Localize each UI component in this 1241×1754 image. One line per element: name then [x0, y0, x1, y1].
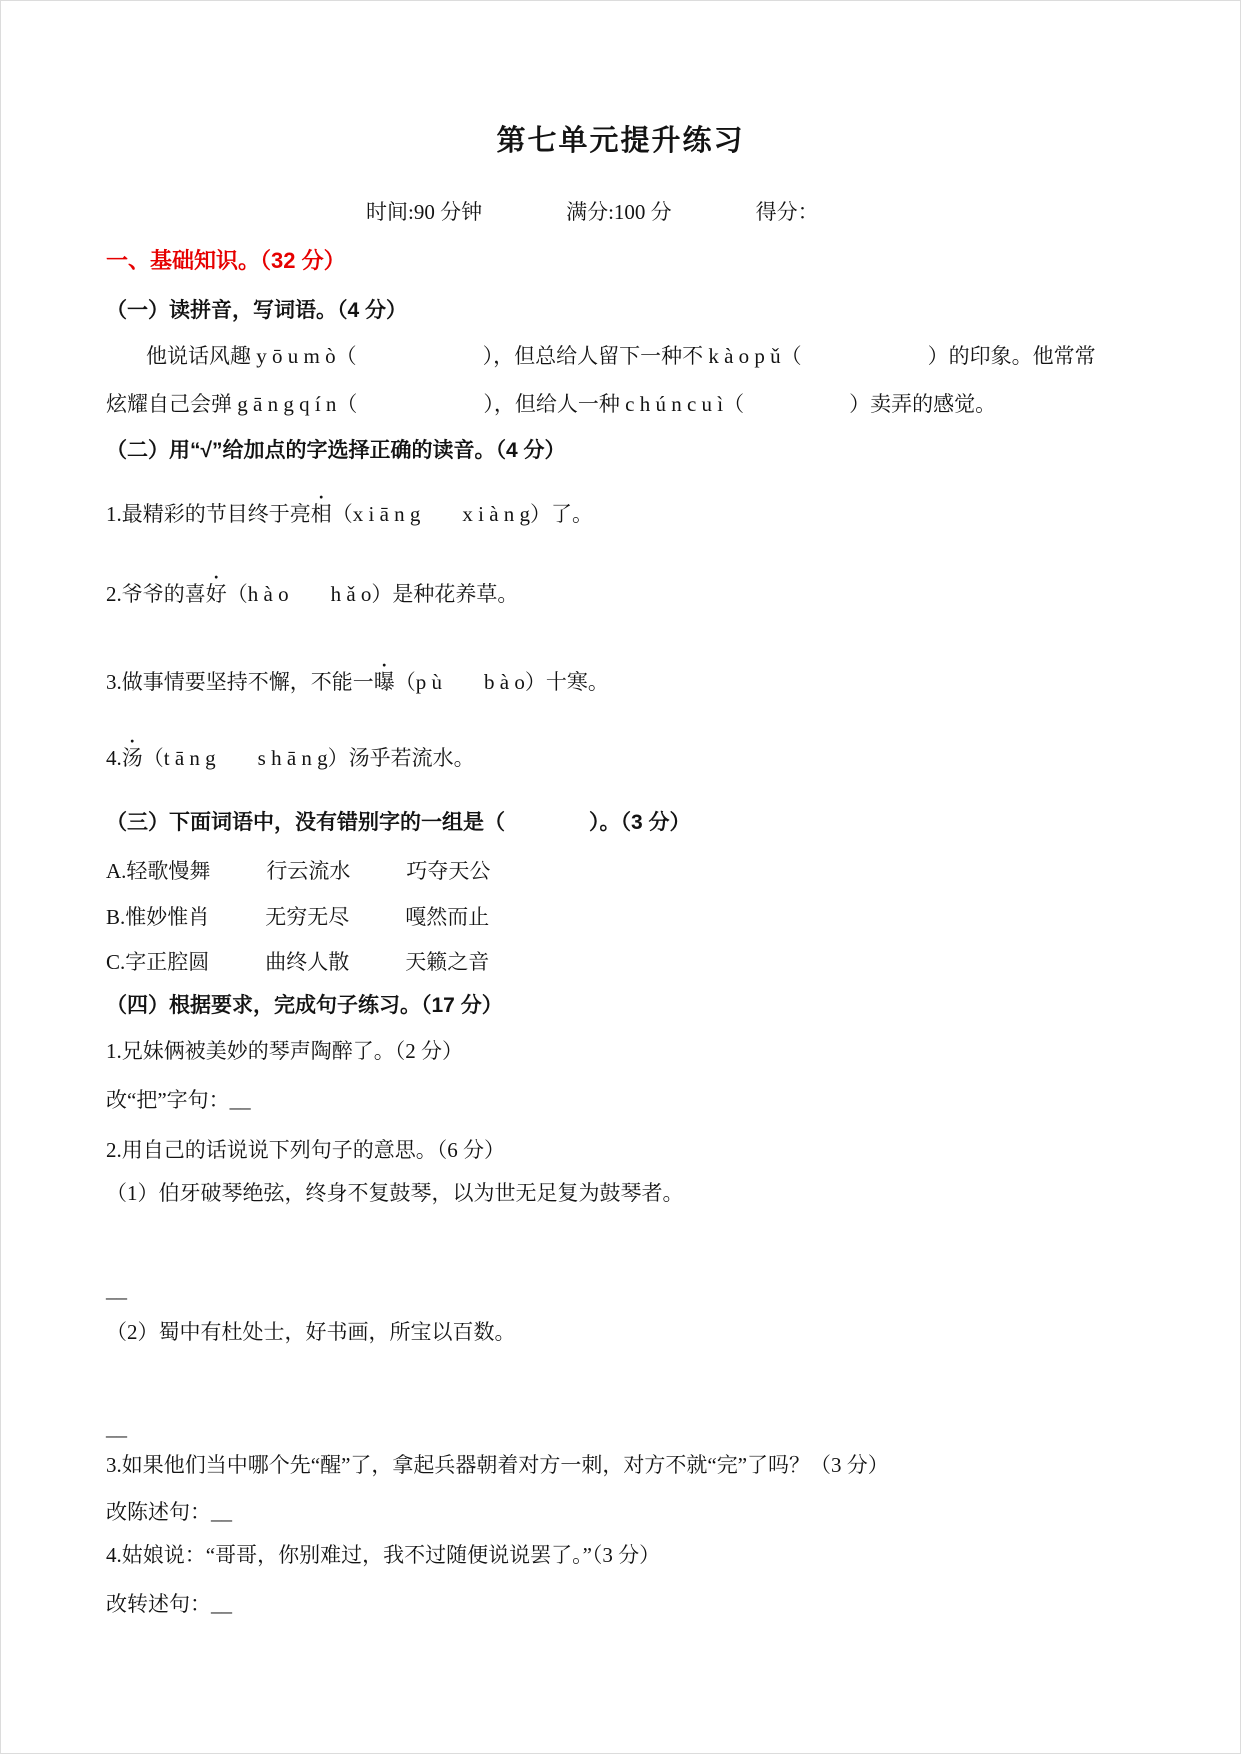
page-title: 第七单元提升练习 [1, 123, 1240, 159]
part-1-heading: （一）读拼音，写词语。（4 分） [106, 298, 407, 324]
option-row-c: C.字正腔圆曲终人散天籁之音 [106, 949, 489, 975]
q2-item-2-answer-blank: __ [106, 1415, 127, 1441]
reading-item-4: 4.汤（t ā n g s h ā n g）汤乎若流水。 [106, 745, 475, 771]
reading-item-2-dotted-char: 好 [206, 581, 227, 607]
reading-item-4-post: （t ā n g s h ā n g）汤乎若流水。 [143, 746, 475, 770]
section-1-heading: 一、基础知识。（32 分） [106, 247, 346, 275]
part-2-heading: （二）用“√”给加点的字选择正确的读音。（4 分） [106, 438, 566, 464]
option-c-word-3: 天籁之音 [405, 949, 489, 975]
option-a-word-3: 巧夺天公 [406, 858, 490, 884]
sentence-q4-answer-line: 改转述句：__ [106, 1591, 232, 1617]
q3-answer-blank: __ [211, 1500, 232, 1524]
q1-answer-label: 改“把”字句： [106, 1088, 230, 1112]
reading-item-3-pre: 3.做事情要坚持不懈，不能一 [106, 670, 374, 694]
sentence-q1-answer-line: 改“把”字句：__ [106, 1087, 251, 1113]
sentence-q2-item-1: （1）伯牙破琴绝弦，终身不复鼓琴，以为世无足复为鼓琴者。 [106, 1180, 684, 1206]
option-b-label: B. [106, 905, 125, 929]
reading-item-2: 2.爷爷的喜好（h à o h ǎ o）是种花养草。 [106, 581, 518, 607]
option-a-word-1: 轻歌慢舞 [126, 858, 210, 884]
sentence-q3-answer-line: 改陈述句：__ [106, 1499, 232, 1525]
reading-item-3-dotted-char: 曝 [374, 669, 395, 695]
option-b-word-2: 无穷无尽 [265, 904, 349, 930]
option-c-word-1: 字正腔圆 [125, 949, 209, 975]
option-b-word-1: 惟妙惟肖 [125, 904, 209, 930]
reading-item-3-post: （p ù b à o）十寒。 [395, 670, 609, 694]
reading-item-2-post: （h à o h ǎ o）是种花养草。 [227, 582, 519, 606]
sentence-q4: 4.姑娘说：“哥哥，你别难过，我不过随便说说罢了。”（3 分） [106, 1542, 660, 1568]
part-4-heading: （四）根据要求，完成句子练习。（17 分） [106, 993, 503, 1019]
reading-item-3: 3.做事情要坚持不懈，不能一曝（p ù b à o）十寒。 [106, 669, 609, 695]
option-row-b: B.惟妙惟肖无穷无尽嘎然而止 [106, 904, 489, 930]
reading-item-1: 1.最精彩的节目终于亮相（x i ā n g x i à n g）了。 [106, 501, 593, 527]
sentence-q3: 3.如果他们当中哪个先“醒”了，拿起兵器朝着对方一刺，对方不就“完”了吗？（3 … [106, 1452, 889, 1478]
sentence-q2-item-2: （2）蜀中有杜处士，好书画，所宝以百数。 [106, 1319, 516, 1345]
reading-item-2-pre: 2.爷爷的喜 [106, 582, 206, 606]
option-c-word-2: 曲终人散 [265, 949, 349, 975]
q3-answer-label: 改陈述句： [106, 1500, 211, 1524]
pinyin-paragraph-line-1: 他说话风趣 y ō u m ò（ ），但总给人留下一种不 k à o p ǔ（ … [146, 343, 1096, 369]
reading-item-4-pre: 4. [106, 746, 122, 770]
pinyin-paragraph-line-2: 炫耀自己会弹 g ā n g q í n（ ），但给人一种 c h ú n c … [106, 391, 996, 417]
option-a-label: A. [106, 859, 126, 883]
exam-paper-page: 第七单元提升练习 时间:90 分钟 满分:100 分 得分： 一、基础知识。（3… [0, 0, 1241, 1754]
reading-item-1-post: （x i ā n g x i à n g）了。 [332, 502, 593, 526]
option-c-label: C. [106, 950, 125, 974]
reading-item-1-dotted-char: 相 [311, 501, 332, 527]
option-row-a: A.轻歌慢舞行云流水巧夺天公 [106, 858, 490, 884]
exam-info-line: 时间:90 分钟 满分:100 分 得分： [366, 199, 819, 225]
option-b-word-3: 嘎然而止 [405, 904, 489, 930]
reading-item-1-pre: 1.最精彩的节目终于亮 [106, 502, 311, 526]
q2-item-1-answer-blank: __ [106, 1277, 127, 1303]
reading-item-4-dotted-char: 汤 [122, 745, 143, 771]
q1-answer-blank: __ [230, 1088, 251, 1112]
part-3-heading: （三）下面词语中，没有错别字的一组是（ ）。（3 分） [106, 810, 691, 836]
q4-answer-label: 改转述句： [106, 1592, 211, 1616]
sentence-q2: 2.用自己的话说说下列句子的意思。（6 分） [106, 1137, 505, 1163]
sentence-q1: 1.兄妹俩被美妙的琴声陶醉了。（2 分） [106, 1038, 463, 1064]
q4-answer-blank: __ [211, 1592, 232, 1616]
option-a-word-2: 行云流水 [266, 858, 350, 884]
